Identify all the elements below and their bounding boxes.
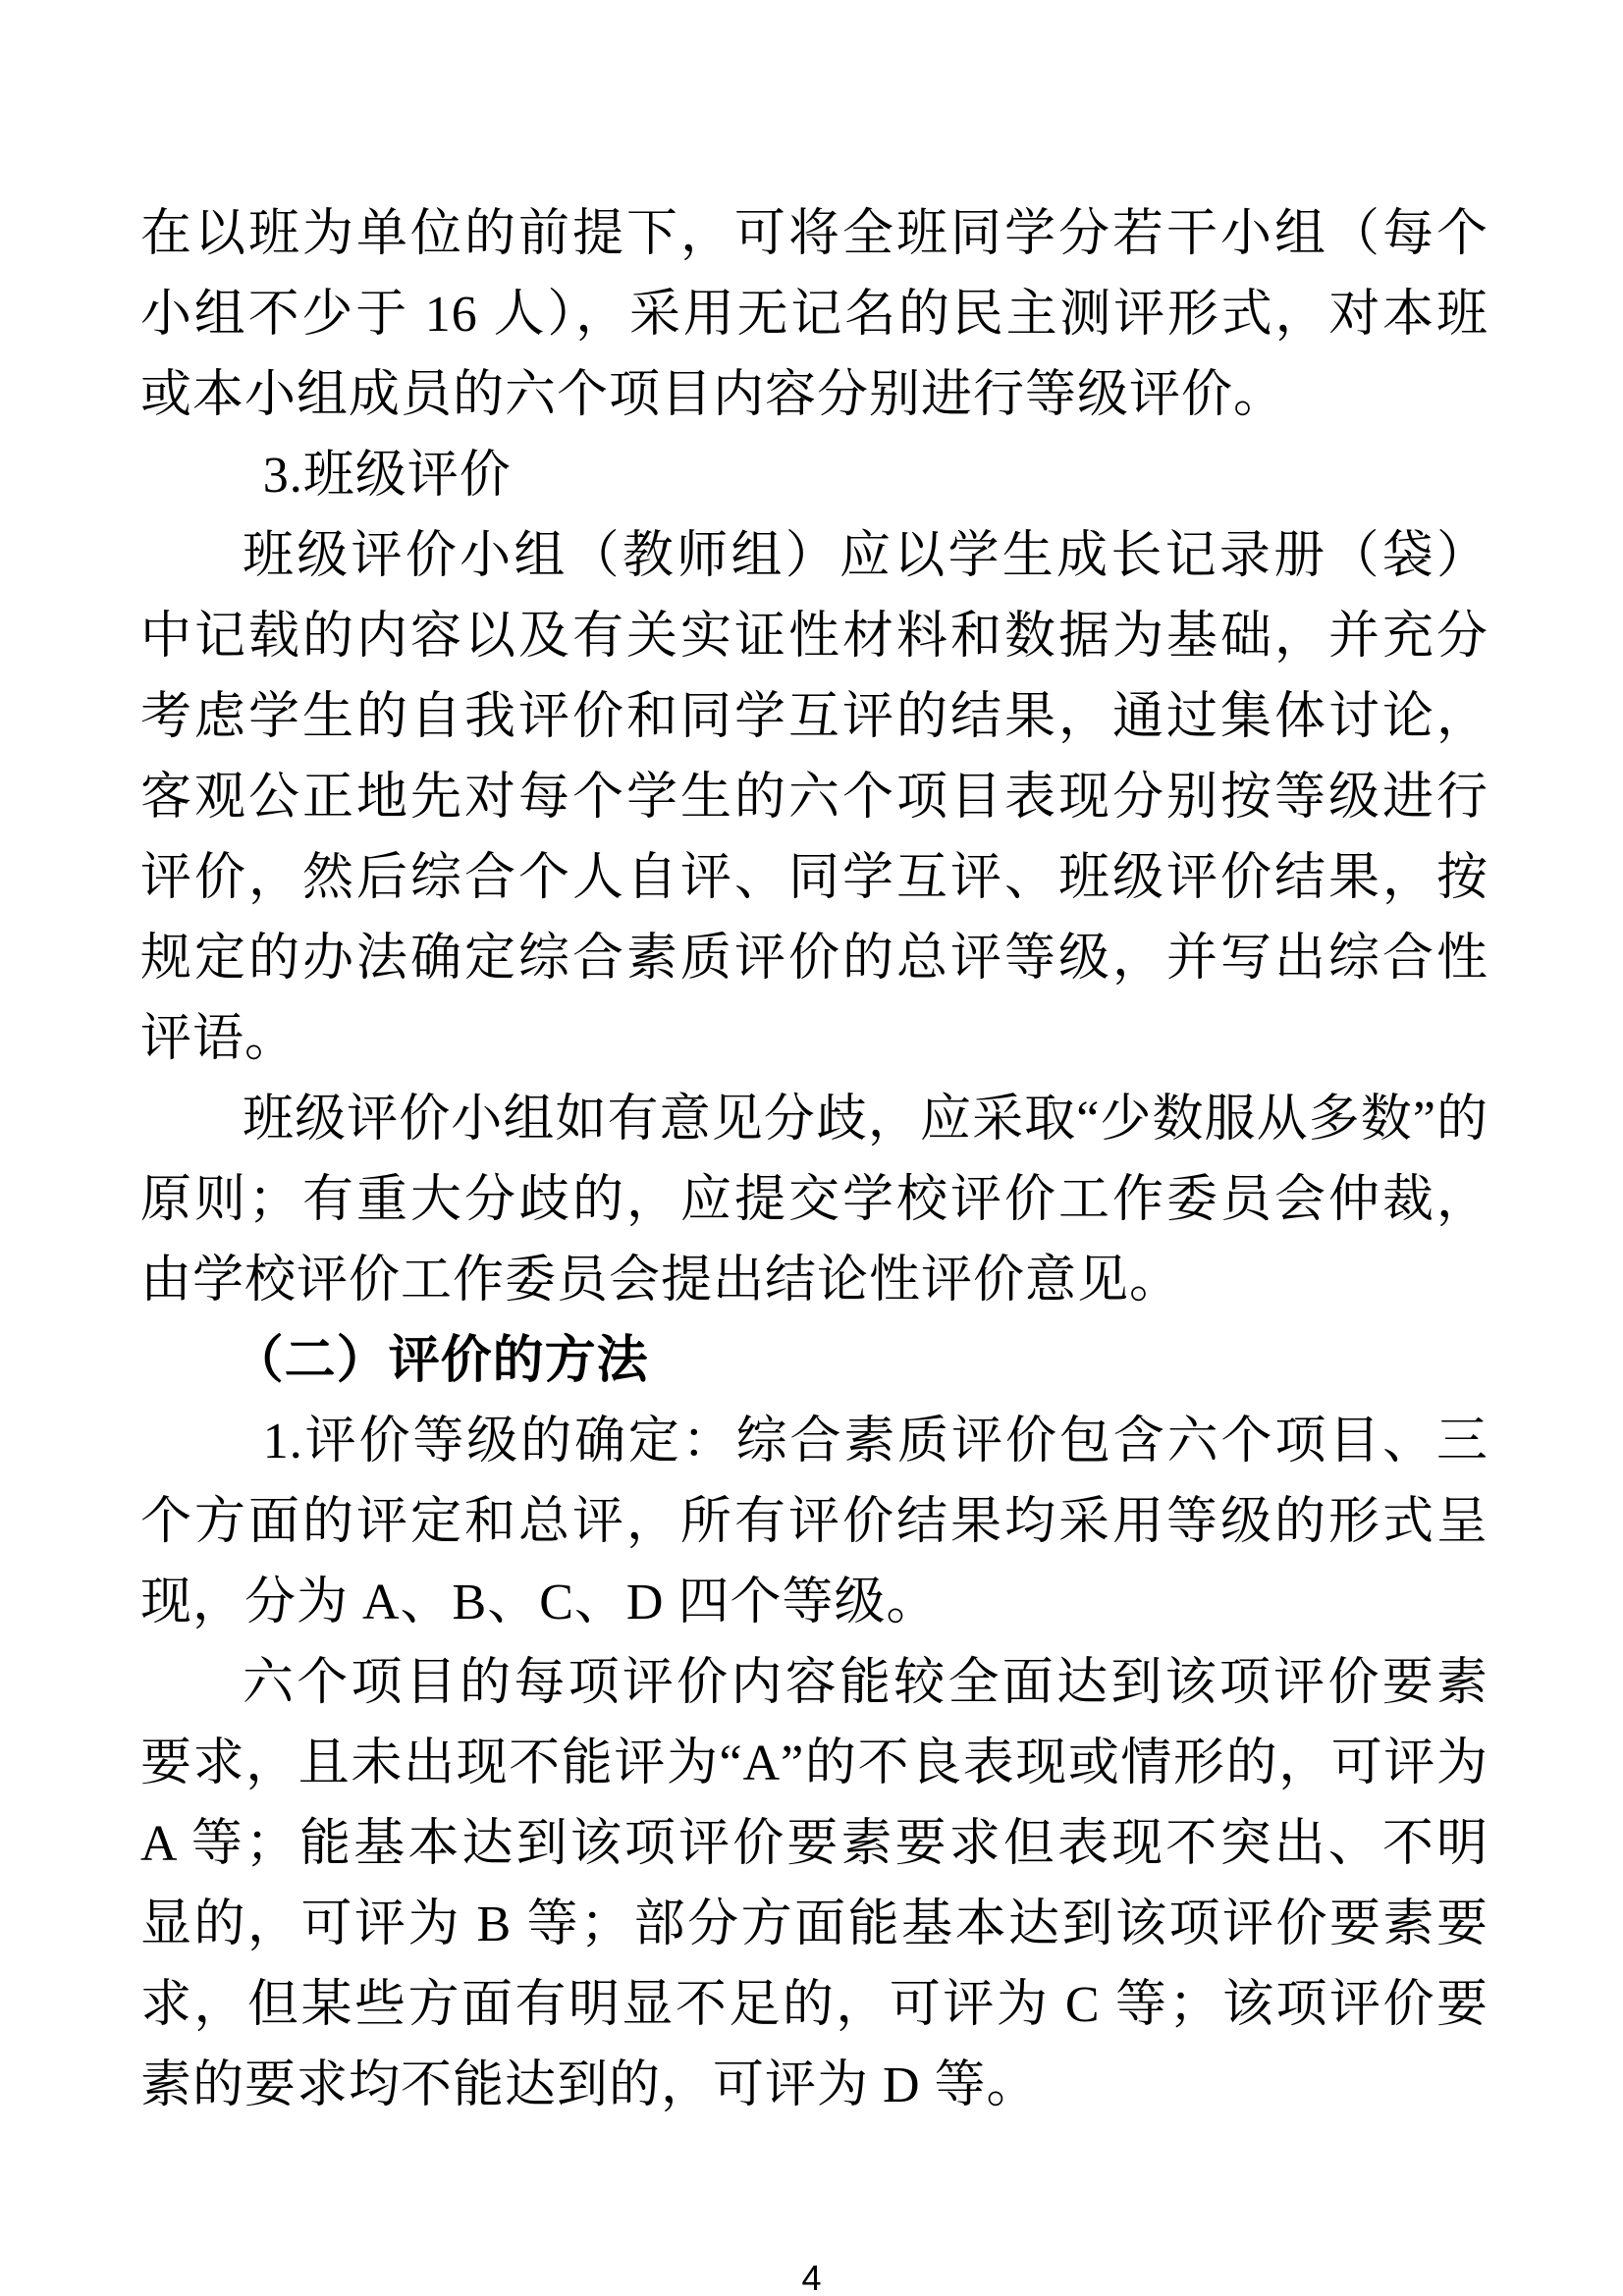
paragraph-grade-level-determination: 1.评价等级的确定：综合素质评价包含六个项目、三个方面的评定和总评，所有评价结果… [140, 1402, 1488, 1643]
heading-3-class-evaluation: 3.班级评价 [140, 436, 1488, 516]
document-body: 在以班为单位的前提下，可将全班同学分若干小组（每个小组不少于 16 人），采用无… [140, 194, 1488, 2126]
document-page: 在以班为单位的前提下，可将全班同学分若干小组（每个小组不少于 16 人），采用无… [0, 0, 1623, 2296]
paragraph-grade-criteria: 六个项目的每项评价内容能较全面达到该项评价要素要求，且未出现不能评为“A”的不良… [140, 1643, 1488, 2126]
page-number: 4 [0, 2261, 1623, 2296]
paragraph-class-evaluation-procedure: 班级评价小组（教师组）应以学生成长记录册（袋）中记载的内容以及有关实证性材料和数… [140, 516, 1488, 1080]
paragraph-group-evaluation-continued: 在以班为单位的前提下，可将全班同学分若干小组（每个小组不少于 16 人），采用无… [140, 194, 1488, 436]
paragraph-disagreement-resolution: 班级评价小组如有意见分歧，应采取“少数服从多数”的原则；有重大分歧的，应提交学校… [140, 1080, 1488, 1321]
heading-evaluation-method: （二）评价的方法 [140, 1321, 1488, 1402]
